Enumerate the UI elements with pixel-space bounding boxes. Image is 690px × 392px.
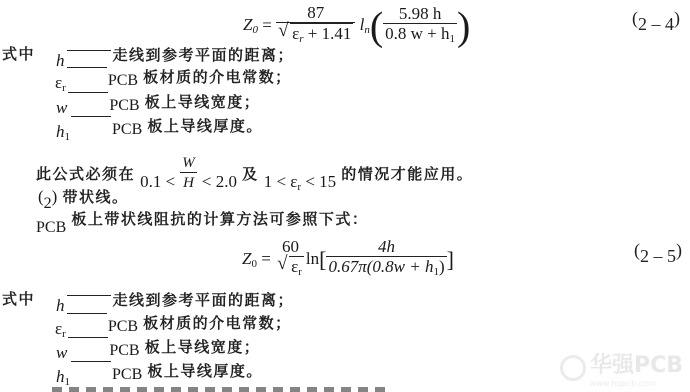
where-label-2: 式中 <box>2 288 35 309</box>
ln-function: ln <box>306 249 319 268</box>
formula-2-5: Z0 = 60 √εr ln[ 4h 0.67π(0.8w + h1) ] <box>242 238 454 282</box>
fraction-60: 60 √εr <box>275 238 306 282</box>
definition-row: wPCB 板上导线宽度； <box>56 91 260 118</box>
formula-lhs: Z0 <box>243 15 258 34</box>
formula-2-4: Z0 = 87 √εr + 1.41 ln( 5.98 h 0.8 w + h1… <box>243 4 470 49</box>
formula-lhs: Z0 <box>242 249 257 268</box>
equation-number-2-4: (2 – 4) <box>632 8 680 35</box>
left-paren: ( <box>370 4 383 49</box>
definition-row: εrPCB 板材质的介电常数； <box>55 66 292 94</box>
definition-row: wPCB 板上导线宽度； <box>56 336 260 363</box>
inner-fraction: 5.98 h 0.8 w + h1 <box>383 5 457 49</box>
w-over-h-fraction: W H <box>180 154 197 193</box>
stripline-intro: PCB 板上带状线阻抗的计算方法可参照下式： <box>36 208 368 237</box>
ln-function: ln <box>360 15 370 34</box>
fraction-87: 87 √εr + 1.41 <box>276 4 355 49</box>
right-paren: ) <box>457 4 470 49</box>
definition-row: h1PCB 板上导线厚度。 <box>56 115 263 143</box>
where-label-1: 式中 <box>2 43 35 64</box>
watermark-logo-icon <box>560 355 586 381</box>
equals-sign: = <box>262 15 272 34</box>
definition-row: h1PCB 板上导线厚度。 <box>56 360 263 388</box>
equation-number-2-5: (2 – 5) <box>634 240 682 267</box>
stripline-fraction: 4h 0.67π(0.8w + h1) <box>326 238 446 282</box>
cutoff-text-line <box>52 387 392 392</box>
watermark: 华强PCB www.hqpcb.com <box>560 348 683 388</box>
